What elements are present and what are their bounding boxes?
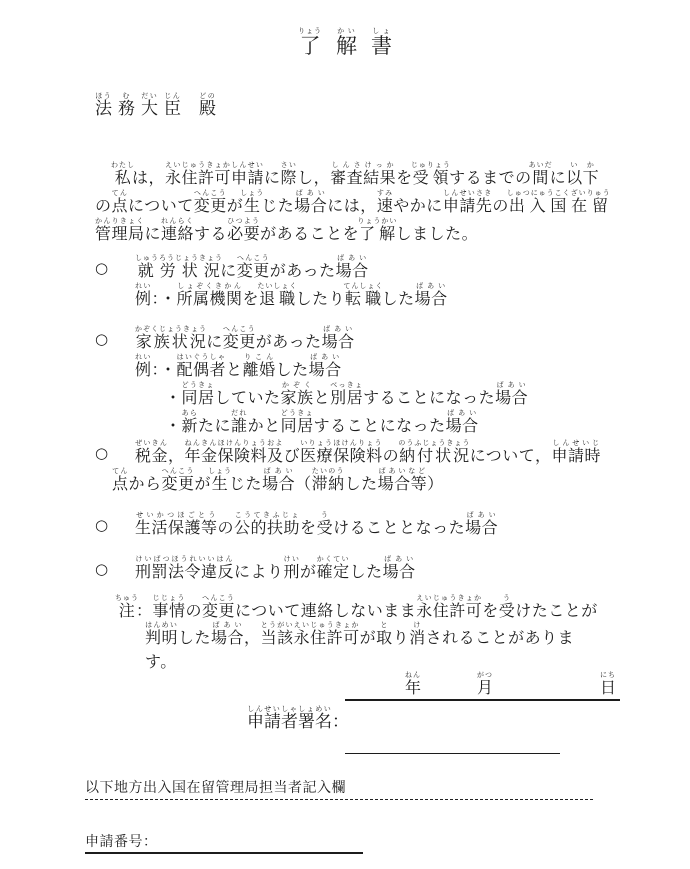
official-use-section-divider: 以下地方出入国在留管理局担当者記入欄 <box>85 776 593 800</box>
intro-paragraph: 私わたしは，永住許可えいじゅうきょか申請しんせいに際さいし，審査結果しんさけっか… <box>95 161 620 245</box>
applicant-signature-label: 申請者署名しんせいしゃしょめい： <box>247 705 349 735</box>
item-example: ・同居どうきょしていた家族かぞくと別居べっきょすることになった場合ばあい <box>135 381 528 409</box>
circle-marker: ○ <box>95 439 135 467</box>
item-example: ・新あらたに誰だれかと同居どうきょすることになった場合ばあい <box>135 409 528 437</box>
addressee-line: 法ほう務む大だい臣じん殿どの <box>95 92 222 124</box>
date-day-label: 日にち <box>600 671 616 699</box>
item-text: 家族状況かぞくじょうきょうに変更へんこうがあった場合ばあい <box>135 325 528 353</box>
application-number-fill-in: 申請番号： <box>85 831 363 854</box>
addressee-honorific: 殿どの <box>199 99 216 119</box>
list-item-family: ○ 家族状況かぞくじょうきょうに変更へんこうがあった場合ばあい 例れい：・配偶者… <box>95 325 528 437</box>
intro-line-2: の点てんについて変更へんこうが生しょうじた場合ばあいには，速すみやかに申請先しん… <box>95 189 620 217</box>
note-line-3: す。 <box>115 648 598 675</box>
circle-marker: ○ <box>95 511 135 539</box>
intro-line-3: 管理局かんりきょくに連絡れんらくする必要ひつようがあることを了解りょうかいしまし… <box>95 217 620 245</box>
item-text: 生活保護等せいかつほごとうの公的扶助こうてきふじょを受うけることとなった場合ばあ… <box>135 511 498 539</box>
signature-fill-in-line <box>345 753 560 754</box>
list-item-criminal-penalty: ○ 刑罰法令違反けいばつほうれいいはんにより刑けいが確定かくていした場合ばあい <box>95 555 416 583</box>
circle-marker: ○ <box>95 254 135 282</box>
item-text: 税金ぜいきん，年金保険料ねんきんほけんりょう及および医療保険料いりょうほけんりょ… <box>135 439 601 467</box>
date-year-label: 年ねん <box>405 671 421 699</box>
list-item-public-assistance: ○ 生活保護等せいかつほごとうの公的扶助こうてきふじょを受うけることとなった場合… <box>95 511 498 539</box>
item-example: 例れい：・配偶者はいぐうしゃと離婚りこんした場合ばあい <box>135 353 528 381</box>
addressee-name: 法ほう務む大だい臣じん <box>95 99 187 119</box>
list-item-tax-insurance: ○ 税金ぜいきん，年金保険料ねんきんほけんりょう及および医療保険料いりょうほけん… <box>95 439 601 495</box>
note-line-2: 判明はんめいした場合ばあい，当該永住許可とうがいえいじゅうきょかが取とり消けされ… <box>115 621 598 648</box>
list-item-employment: ○ 就労状況しゅうろうじょうきょうに変更へんこうがあった場合ばあい 例れい：・所… <box>95 254 448 310</box>
intro-line-1: 私わたしは，永住許可えいじゅうきょか申請しんせいに際さいし，審査結果しんさけっか… <box>95 161 620 189</box>
letter-of-understanding-document: 了りょう解かい書しょ 法ほう務む大だい臣じん殿どの 私わたしは，永住許可えいじゅ… <box>0 0 690 869</box>
date-month-label: 月がつ <box>477 671 493 699</box>
page-title: 了りょう解かい書しょ <box>0 26 690 66</box>
circle-marker: ○ <box>95 325 135 353</box>
note-block: 注ちゅう：事情じじょうの変更へんこうについて連絡しないまま永住許可えいじゅうきょ… <box>115 594 598 675</box>
note-line-1: 注ちゅう：事情じじょうの変更へんこうについて連絡しないまま永住許可えいじゅうきょ… <box>115 594 598 621</box>
item-text-continued: 点てんから変更へんこうが生しょうじた場合ばあい（滞納たいのうした場合等ばあいなど… <box>112 467 601 495</box>
item-text: 就労状況しゅうろうじょうきょうに変更へんこうがあった場合ばあい <box>135 254 448 282</box>
date-fill-in-line: 年ねん 月がつ 日にち <box>345 672 620 701</box>
item-text: 刑罰法令違反けいばつほうれいいはんにより刑けいが確定かくていした場合ばあい <box>135 555 416 583</box>
circle-marker: ○ <box>95 555 135 583</box>
item-example: 例れい：・所属機関しょぞくきかんを退職たいしょくしたり転職てんしょくした場合ばあ… <box>135 282 448 310</box>
